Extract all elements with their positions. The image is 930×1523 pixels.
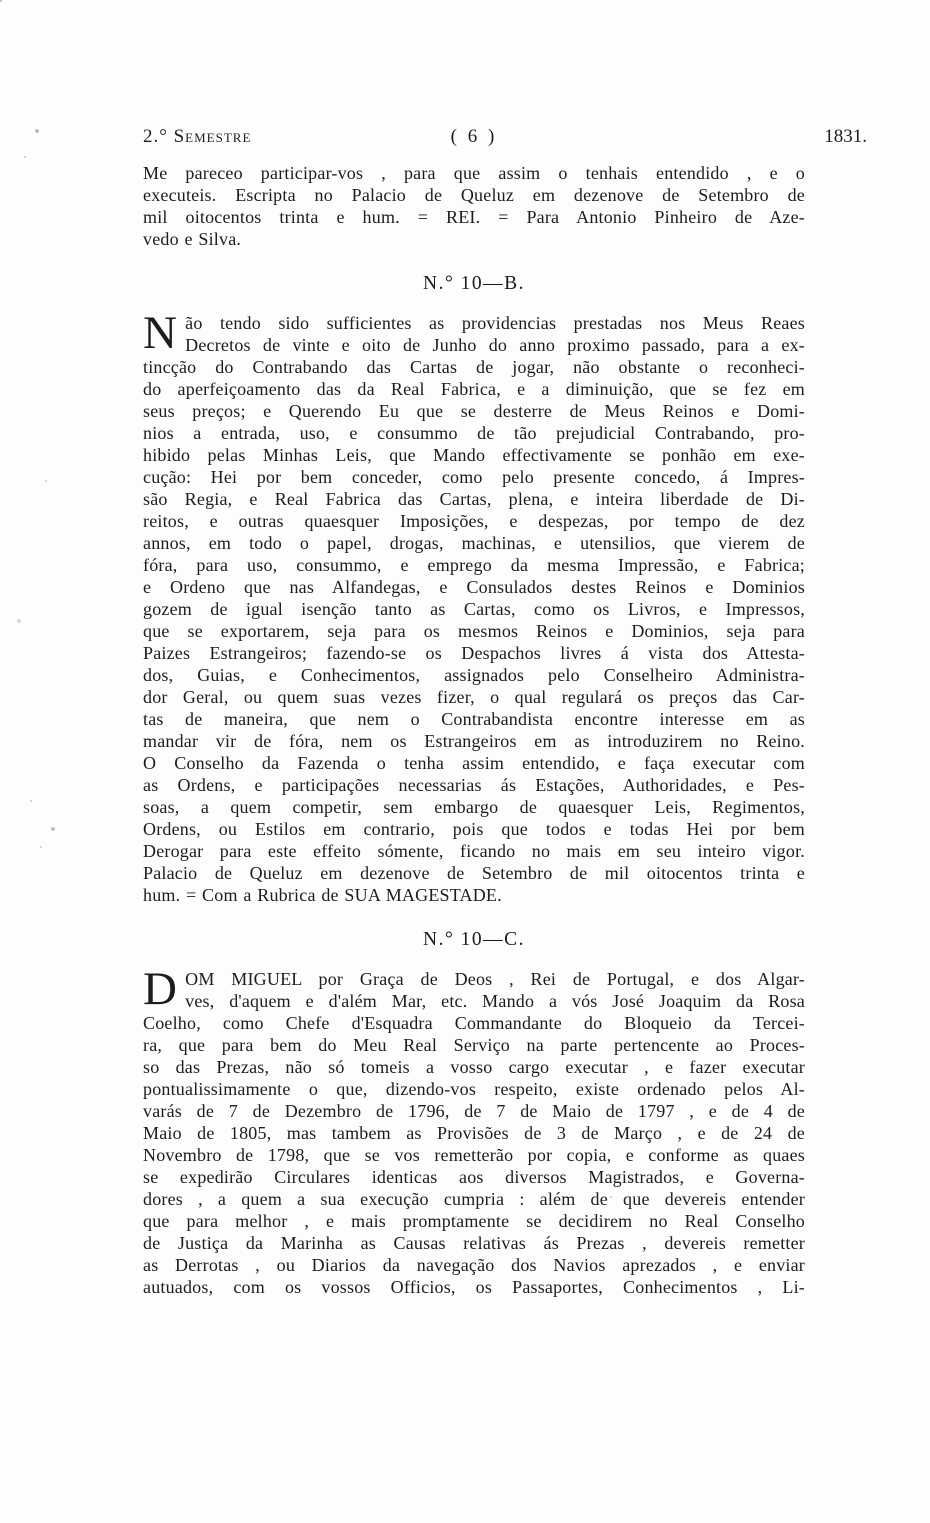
text-line: se expedirão Circulares identicas aos di… — [143, 1166, 805, 1188]
text-line: soas, a quem competir, sem embargo de qu… — [143, 796, 805, 818]
text-line: so das Prezas, não só tomeis a vosso car… — [143, 1056, 805, 1078]
dropcap-initial: D — [143, 970, 177, 1012]
scan-noise — [0, 0, 2, 2]
text-line: vedo e Silva. — [143, 228, 805, 250]
text-line: gozem de igual isenção tanto as Cartas, … — [143, 598, 805, 620]
text-line: Decretos de vinte e oito de Junho do ann… — [143, 334, 805, 356]
text-line: Ordens, ou Estilos em contrario, pois qu… — [143, 818, 805, 840]
text-line: executeis. Escripta no Palacio de Queluz… — [143, 184, 805, 206]
paragraph-b: N ão tendo sido sufficientes as providen… — [143, 312, 805, 906]
paragraph-c: D OM MIGUEL por Graça de Deos , Rei de P… — [143, 968, 805, 1298]
text-line: Maio de 1805, mas tambem as Provisões de… — [143, 1122, 805, 1144]
text-line: mandar vir de fóra, nem os Estrangeiros … — [143, 730, 805, 752]
text-line: Palacio de Queluz em dezenove de Setembr… — [143, 862, 805, 884]
text-line: que para melhor , e mais promptamente se… — [143, 1210, 805, 1232]
text-line: Me pareceo participar-vos , para que ass… — [143, 162, 805, 184]
text-line: cução: Hei por bem conceder, como pelo p… — [143, 466, 805, 488]
text-column: ( 6 ) 2.° Semestre 1831. Me pareceo part… — [143, 126, 805, 1298]
scanned-document-page: ( 6 ) 2.° Semestre 1831. Me pareceo part… — [0, 0, 930, 1523]
text-line: ra, que para bem do Meu Real Serviço na … — [143, 1034, 805, 1056]
text-line: as Derrotas , ou Diarios da navegação do… — [143, 1254, 805, 1276]
text-line: OM MIGUEL por Graça de Deos , Rei de Por… — [143, 968, 805, 990]
text-line: seus preços; e Querendo Eu que se dester… — [143, 400, 805, 422]
text-line: annos, em todo o papel, drogas, machinas… — [143, 532, 805, 554]
text-line: são Regia, e Real Fabrica das Cartas, pl… — [143, 488, 805, 510]
page-header: ( 6 ) 2.° Semestre 1831. — [143, 126, 805, 148]
text-line: hibido pelas Minhas Leis, que Mando effe… — [143, 444, 805, 466]
dropcap-initial: N — [143, 314, 177, 356]
text-line: autuados, com os vossos Officios, os Pas… — [143, 1276, 805, 1298]
intro-paragraph: Me pareceo participar-vos , para que ass… — [143, 162, 805, 250]
text-line: tincção do Contrabando das Cartas de jog… — [143, 356, 805, 378]
text-line: ves, d'aquem e d'além Mar, etc. Mando a … — [143, 990, 805, 1012]
text-line: de Justiça da Marinha as Causas relativa… — [143, 1232, 805, 1254]
text-line: mil oitocentos trinta e hum. = REI. = Pa… — [143, 206, 805, 228]
text-line: ão tendo sido sufficientes as providenci… — [143, 312, 805, 334]
text-line: pontualissimamente o que, dizendo-vos re… — [143, 1078, 805, 1100]
section-heading-b: N.° 10—B. — [143, 273, 805, 295]
text-line: dores , a quem a sua execução cumpria : … — [143, 1188, 805, 1210]
paragraph-c-lines: OM MIGUEL por Graça de Deos , Rei de Por… — [143, 968, 805, 1298]
text-line: dor Geral, ou quem suas vezes fizer, o q… — [143, 686, 805, 708]
text-line: as Ordens, e participações necessarias á… — [143, 774, 805, 796]
text-line: Coelho, como Chefe d'Esquadra Commandant… — [143, 1012, 805, 1034]
text-line: tas de maneira, que nem o Contrabandista… — [143, 708, 805, 730]
text-line: reitos, e outras quaesquer Imposições, e… — [143, 510, 805, 532]
text-line: que se exportarem, seja para os mesmos R… — [143, 620, 805, 642]
section-heading-c: N.° 10—C. — [143, 929, 805, 951]
text-line: fóra, para uso, consummo, e emprego da m… — [143, 554, 805, 576]
text-line: nios a entrada, uso, e consummo de tão p… — [143, 422, 805, 444]
text-line: Novembro de 1798, que se vos remetterão … — [143, 1144, 805, 1166]
text-line: Derogar para este effeito sómente, fican… — [143, 840, 805, 862]
text-line: do aperfeiçoamento das da Real Fabrica, … — [143, 378, 805, 400]
text-line: varás de 7 de Dezembro de 1796, de 7 de … — [143, 1100, 805, 1122]
text-line: Paizes Estrangeiros; fazendo-se os Despa… — [143, 642, 805, 664]
text-line: hum. = Com a Rubrica de SUA MAGESTADE. — [143, 884, 805, 906]
page-number: ( 6 ) — [143, 126, 805, 148]
text-line: dos, Guias, e Conhecimentos, assignados … — [143, 664, 805, 686]
year-label: 1831. — [824, 126, 867, 148]
paragraph-b-lines: ão tendo sido sufficientes as providenci… — [143, 312, 805, 906]
text-line: O Conselho da Fazenda o tenha assim ente… — [143, 752, 805, 774]
text-line: e Ordeno que nas Alfandegas, e Consulado… — [143, 576, 805, 598]
